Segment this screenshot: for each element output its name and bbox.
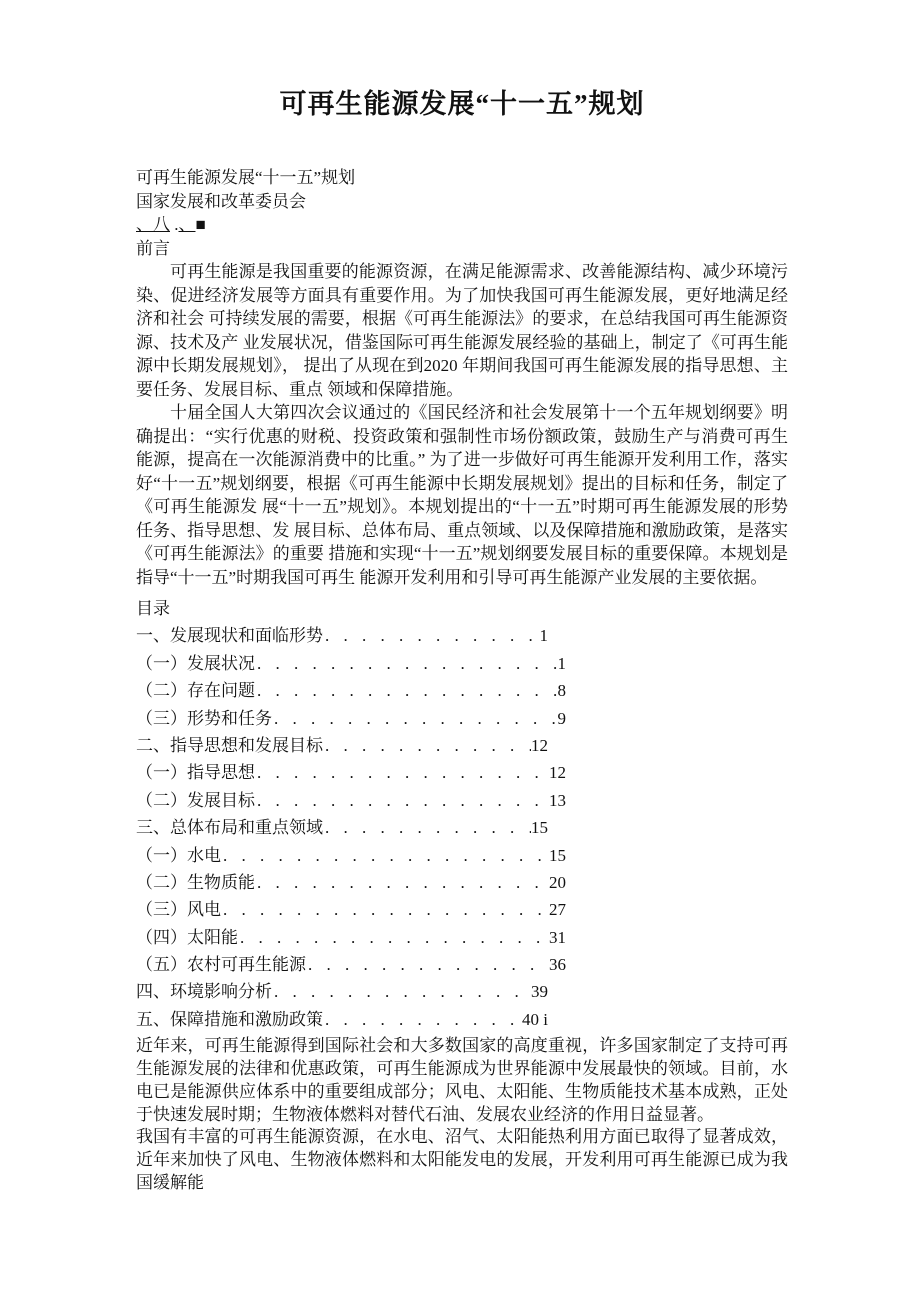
toc-leader-dots: . . . . . . . . . . . . . . . . . . . . … — [255, 869, 549, 896]
toc-entry-label: （二）存在问题 — [136, 677, 255, 704]
toc-entry: （三）形势和任务 . . . . . . . . . . . . . . . .… — [136, 705, 566, 732]
garbled-artifact-line: 、八 .、■ — [136, 213, 788, 237]
toc-entry-page: 31 — [549, 924, 566, 951]
toc-entry: 二、指导思想和发展目标 . . . . . . . . . . . . . . … — [136, 732, 548, 759]
garbled-plain-segment: . — [170, 215, 179, 234]
toc-entry-label: （四）太阳能 — [136, 924, 238, 951]
toc-entry: （一）指导思想 . . . . . . . . . . . . . . . . … — [136, 759, 566, 786]
toc-entry-label: （一）发展状况 — [136, 650, 255, 677]
toc-entry-label: （三）形势和任务 — [136, 705, 272, 732]
toc-entry: （四）太阳能 . . . . . . . . . . . . . . . . .… — [136, 924, 566, 951]
toc-entry-page: 40 i — [522, 1006, 548, 1033]
toc-heading: 目录 — [136, 595, 788, 622]
toc-entry-label: 二、指导思想和发展目标 — [136, 732, 323, 759]
garbled-underlined-segment: 、 — [179, 215, 196, 234]
toc-entry: （二）发展目标 . . . . . . . . . . . . . . . . … — [136, 787, 566, 814]
toc-entry-label: （一）水电 — [136, 842, 221, 869]
toc-leader-dots: . . . . . . . . . . . . . . . . . . . . … — [323, 814, 531, 841]
toc-entry-page: 1 — [540, 622, 549, 649]
toc-entry-page: 27 — [549, 896, 566, 923]
toc-leader-dots: . . . . . . . . . . . . . . . . . . . . … — [255, 650, 558, 677]
toc-leader-dots: . . . . . . . . . . . . . . . . . . . . … — [255, 759, 549, 786]
toc-entry-page: 8 — [558, 677, 567, 704]
toc-entry: 一、发展现状和面临形势 . . . . . . . . . . . . . . … — [136, 622, 548, 649]
toc-entry-page: 15 — [531, 814, 548, 841]
toc-leader-dots: . . . . . . . . . . . . . . . . . . . . … — [255, 787, 549, 814]
toc-entry-label: （一）指导思想 — [136, 759, 255, 786]
preface-paragraph-2: 十届全国人大第四次会议通过的《国民经济和社会发展第十一个五年规划纲要》明确提出：… — [136, 401, 788, 589]
toc-entry-label: 一、发展现状和面临形势 — [136, 622, 323, 649]
preface-heading: 前言 — [136, 237, 788, 261]
toc-entry-label: 五、保障措施和激励政策 — [136, 1006, 323, 1033]
toc-entry-page: 15 — [549, 842, 566, 869]
toc-entry: 三、总体布局和重点领域 . . . . . . . . . . . . . . … — [136, 814, 548, 841]
toc-entry: 四、环境影响分析 . . . . . . . . . . . . . . . .… — [136, 978, 548, 1005]
toc-entry-label: （二）生物质能 — [136, 869, 255, 896]
toc-entry: （三）风电 . . . . . . . . . . . . . . . . . … — [136, 896, 566, 923]
toc-entry-page: 12 — [549, 759, 566, 786]
toc-entry-page: 12 — [531, 732, 548, 759]
toc-entry-page: 39 — [531, 978, 548, 1005]
toc-entry: （一）发展状况 . . . . . . . . . . . . . . . . … — [136, 650, 566, 677]
toc-entry-page: 13 — [549, 787, 566, 814]
toc-entry-label: 四、环境影响分析 — [136, 978, 272, 1005]
toc-leader-dots: . . . . . . . . . . . . . . . . . . . . … — [306, 951, 549, 978]
toc-entry-label: （五）农村可再生能源 — [136, 951, 306, 978]
toc-entry: （五）农村可再生能源 . . . . . . . . . . . . . . .… — [136, 951, 566, 978]
toc-entry-page: 9 — [558, 705, 567, 732]
document-title: 可再生能源发展“十一五”规划 — [136, 86, 788, 122]
closing-paragraph-1: 近年来，可再生能源得到国际社会和大多数国家的高度重视，许多国家制定了支持可再生能… — [136, 1035, 788, 1126]
toc-leader-dots: . . . . . . . . . . . . . . . . . . . . … — [323, 732, 531, 759]
meta-block: 可再生能源发展“十一五”规划 国家发展和改革委员会 、八 .、■ 前言 — [136, 166, 788, 260]
toc-entry-label: （二）发展目标 — [136, 787, 255, 814]
toc-entry-page: 1 — [558, 650, 567, 677]
toc-leader-dots: . . . . . . . . . . . . . . . . . . . . … — [255, 677, 558, 704]
toc-entry: （二）存在问题 . . . . . . . . . . . . . . . . … — [136, 677, 566, 704]
toc-leader-dots: . . . . . . . . . . . . . . . . . . . . … — [272, 705, 558, 732]
black-square-glyph: ■ — [196, 215, 206, 234]
closing-paragraph-2: 我国有丰富的可再生能源资源，在水电、沼气、太阳能热利用方面已取得了显著成效，近年… — [136, 1126, 788, 1194]
meta-subtitle: 可再生能源发展“十一五”规划 — [136, 166, 788, 190]
meta-author-agency: 国家发展和改革委员会 — [136, 190, 788, 214]
toc-entry-label: （三）风电 — [136, 896, 221, 923]
toc-leader-dots: . . . . . . . . . . . . . . . . . . . . … — [272, 978, 531, 1005]
toc-entry: （二）生物质能 . . . . . . . . . . . . . . . . … — [136, 869, 566, 896]
toc-leader-dots: . . . . . . . . . . . . . . . . . . . . … — [221, 896, 549, 923]
table-of-contents: 目录 一、发展现状和面临形势 . . . . . . . . . . . . .… — [136, 595, 788, 1033]
document-content: 可再生能源发展“十一五”规划 可再生能源发展“十一五”规划 国家发展和改革委员会… — [136, 0, 788, 1195]
preface-paragraph-1: 可再生能源是我国重要的能源资源，在满足能源需求、改善能源结构、减少环境污染、促进… — [136, 260, 788, 401]
toc-leader-dots: . . . . . . . . . . . . . . . . . . . . … — [221, 842, 549, 869]
document-page: 可再生能源发展“十一五”规划 可再生能源发展“十一五”规划 国家发展和改革委员会… — [0, 0, 920, 1302]
garbled-underlined-segment: 、八 — [136, 215, 170, 234]
closing-block: 近年来，可再生能源得到国际社会和大多数国家的高度重视，许多国家制定了支持可再生能… — [136, 1035, 788, 1195]
toc-leader-dots: . . . . . . . . . . . . . . . . . . . . … — [323, 1006, 522, 1033]
toc-entry-label: 三、总体布局和重点领域 — [136, 814, 323, 841]
toc-leader-dots: . . . . . . . . . . . . . . . . . . . . … — [323, 622, 540, 649]
toc-entry-page: 20 — [549, 869, 566, 896]
toc-entry: （一）水电 . . . . . . . . . . . . . . . . . … — [136, 842, 566, 869]
toc-entry: 五、保障措施和激励政策 . . . . . . . . . . . . . . … — [136, 1006, 548, 1033]
toc-leader-dots: . . . . . . . . . . . . . . . . . . . . … — [238, 924, 549, 951]
toc-entry-page: 36 — [549, 951, 566, 978]
